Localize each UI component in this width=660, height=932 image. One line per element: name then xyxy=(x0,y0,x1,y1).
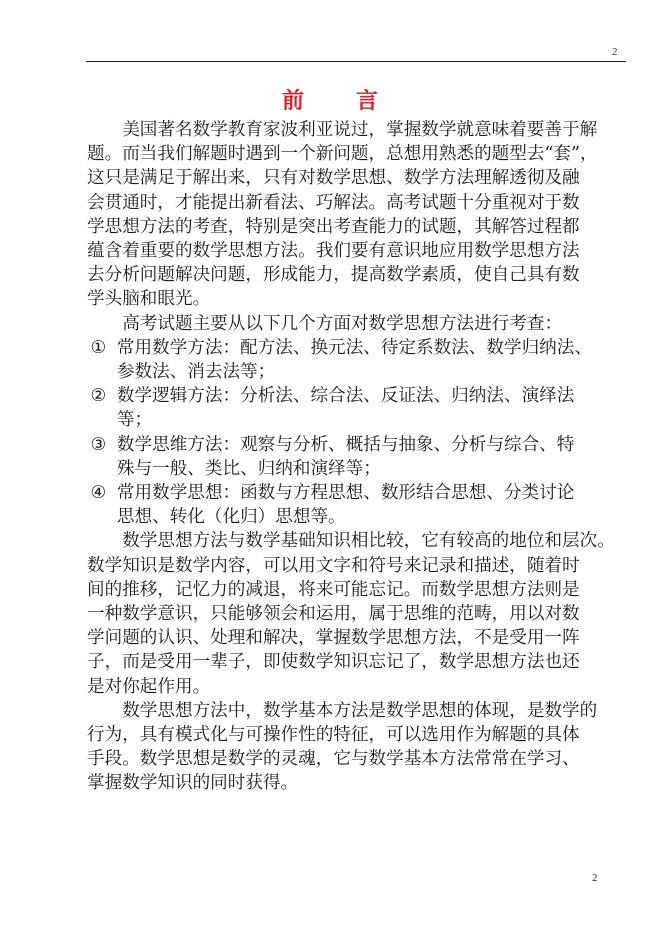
text-line: 美国著名数学教育家波利亚说过，掌握数学就意味着要善于解 xyxy=(87,118,627,142)
list-number: ② xyxy=(91,384,107,408)
text-line: 这只是满足于解出来，只有对数学思想、数学方法理解透彻及融 xyxy=(87,166,627,190)
list-item-1: ① 常用数学方法：配方法、换元法、待定系数法、数学归纳法、 参数法、消去法等； xyxy=(87,336,627,384)
list-item-4: ④ 常用数学思想：函数与方程思想、数形结合思想、分类讨论 思想、转化（化归）思想… xyxy=(87,481,627,529)
text-line: 蕴含着重要的数学思想方法。我们要有意识地应用数学思想方法 xyxy=(87,239,627,263)
paragraph-1: 美国著名数学教育家波利亚说过，掌握数学就意味着要善于解 题。而当我们解题时遇到一… xyxy=(87,118,627,312)
page-title: 前言 xyxy=(0,84,660,115)
list-number: ① xyxy=(91,336,107,360)
text-line: 题。而当我们解题时遇到一个新问题，总想用熟悉的题型去“套”， xyxy=(87,142,627,166)
text-line: 是对你起作用。 xyxy=(87,675,627,699)
text-line: 掌握数学知识的同时获得。 xyxy=(87,771,627,795)
header-rule xyxy=(86,61,626,62)
list-item-2: ② 数学逻辑方法：分析法、综合法、反证法、归纳法、演绎法 等； xyxy=(87,384,627,432)
header-page-number: 2 xyxy=(612,46,618,58)
text-line: 数学思想方法中，数学基本方法是数学思想的体现，是数学的 xyxy=(87,699,627,723)
title-char-1: 前 xyxy=(282,84,304,115)
paragraph-3: 数学思想方法与数学基础知识相比较，它有较高的地位和层次。 数学知识是数学内容，可… xyxy=(87,529,627,698)
list-number: ③ xyxy=(91,433,107,457)
text-line: 间的推移，记忆力的减退，将来可能忘记。而数学思想方法则是 xyxy=(87,578,627,602)
text-line: 学头脑和眼光。 xyxy=(87,287,627,311)
text-line: 高考试题主要从以下几个方面对数学思想方法进行考查： xyxy=(87,312,627,336)
text-line: 数学思维方法：观察与分析、概括与抽象、分析与综合、特 xyxy=(111,433,627,457)
list-number: ④ xyxy=(91,481,107,505)
text-line: 手段。数学思想是数学的灵魂，它与数学基本方法常常在学习、 xyxy=(87,747,627,771)
title-char-2: 言 xyxy=(356,84,378,115)
text-line: 学问题的认识、处理和解决，掌握数学思想方法，不是受用一阵 xyxy=(87,626,627,650)
body-text: 美国著名数学教育家波利亚说过，掌握数学就意味着要善于解 题。而当我们解题时遇到一… xyxy=(87,118,627,796)
text-line: 会贯通时，才能提出新看法、巧解法。高考试题十分重视对于数 xyxy=(87,191,627,215)
paragraph-2: 高考试题主要从以下几个方面对数学思想方法进行考查： xyxy=(87,312,627,336)
text-line: 数学逻辑方法：分析法、综合法、反证法、归纳法、演绎法 xyxy=(111,384,627,408)
paragraph-4: 数学思想方法中，数学基本方法是数学思想的体现，是数学的 行为，具有模式化与可操作… xyxy=(87,699,627,796)
text-line: 参数法、消去法等； xyxy=(111,360,627,384)
text-line: 常用数学方法：配方法、换元法、待定系数法、数学归纳法、 xyxy=(111,336,627,360)
text-line: 子，而是受用一辈子，即使数学知识忘记了，数学思想方法也还 xyxy=(87,650,627,674)
text-line: 学思想方法的考查，特别是突出考查能力的试题，其解答过程都 xyxy=(87,215,627,239)
text-line: 殊与一般、类比、归纳和演绎等； xyxy=(111,457,627,481)
list-item-3: ③ 数学思维方法：观察与分析、概括与抽象、分析与综合、特 殊与一般、类比、归纳和… xyxy=(87,433,627,481)
text-line: 数学思想方法与数学基础知识相比较，它有较高的地位和层次。 xyxy=(87,529,627,553)
text-line: 数学知识是数学内容，可以用文字和符号来记录和描述，随着时 xyxy=(87,554,627,578)
footer-page-number: 2 xyxy=(592,872,598,884)
text-line: 去分析问题解决问题，形成能力，提高数学素质，使自己具有数 xyxy=(87,263,627,287)
text-line: 思想、转化（化归）思想等。 xyxy=(111,505,627,529)
text-line: 行为，具有模式化与可操作性的特征，可以选用作为解题的具体 xyxy=(87,723,627,747)
text-line: 常用数学思想：函数与方程思想、数形结合思想、分类讨论 xyxy=(111,481,627,505)
text-line: 一种数学意识，只能够领会和运用，属于思维的范畴，用以对数 xyxy=(87,602,627,626)
text-line: 等； xyxy=(111,408,627,432)
